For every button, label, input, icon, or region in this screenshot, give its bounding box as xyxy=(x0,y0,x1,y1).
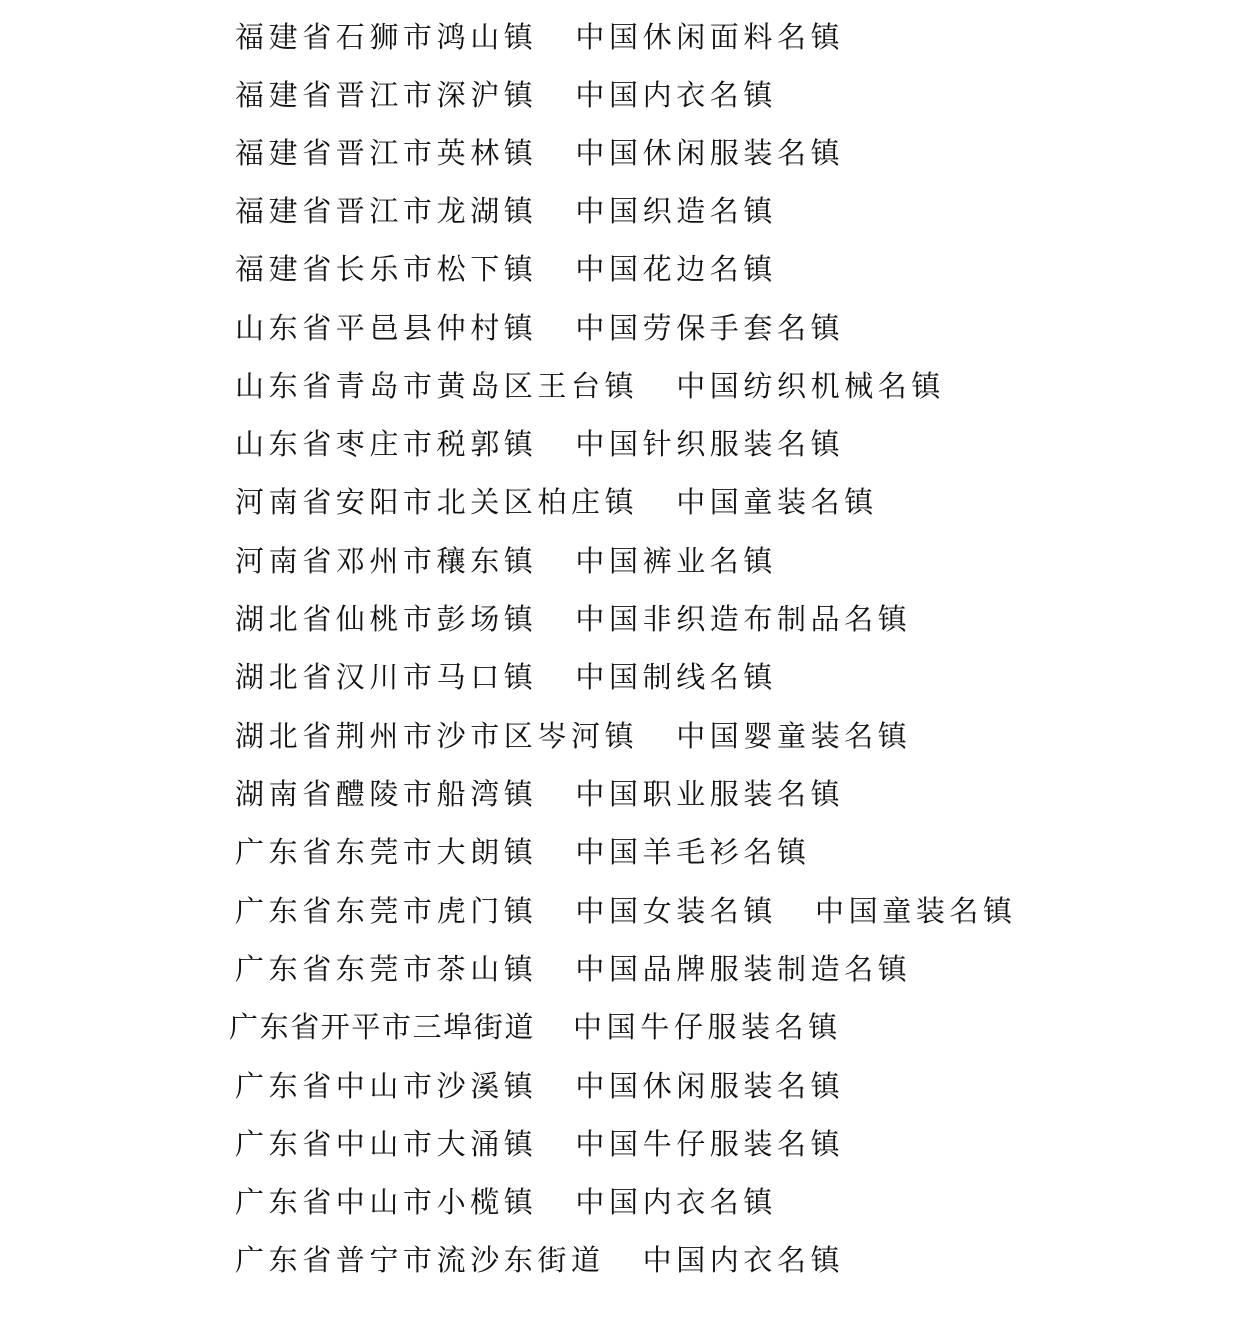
list-item: 福建省晋江市龙湖镇中国织造名镇 xyxy=(235,191,777,231)
town-title: 中国织造名镇 xyxy=(575,191,777,231)
town-title: 中国内衣名镇 xyxy=(575,1182,777,1222)
town-title: 中国纺织机械名镇 xyxy=(676,366,945,406)
town-title: 中国制线名镇 xyxy=(575,657,777,697)
town-location: 广东省开平市三埠街道 xyxy=(229,1007,535,1047)
town-title: 中国劳保手套名镇 xyxy=(575,308,844,348)
town-title: 中国针织服装名镇 xyxy=(575,424,844,464)
town-location: 福建省晋江市英林镇 xyxy=(235,133,537,173)
town-location: 福建省晋江市龙湖镇 xyxy=(235,191,537,231)
town-location: 广东省东莞市虎门镇 xyxy=(235,891,537,931)
town-title: 中国非织造布制品名镇 xyxy=(575,599,911,639)
town-title: 中国裤业名镇 xyxy=(575,541,777,581)
list-item: 广东省中山市小榄镇中国内衣名镇 xyxy=(235,1182,777,1222)
town-title: 中国羊毛衫名镇 xyxy=(575,832,810,872)
town-title: 中国童装名镇 xyxy=(676,482,878,522)
town-location: 福建省石狮市鸿山镇 xyxy=(235,17,537,57)
town-location: 山东省枣庄市税郭镇 xyxy=(235,424,537,464)
list-item: 福建省石狮市鸿山镇中国休闲面料名镇 xyxy=(235,17,844,57)
list-item: 广东省东莞市茶山镇中国品牌服装制造名镇 xyxy=(235,949,911,989)
list-item: 河南省安阳市北关区柏庄镇中国童装名镇 xyxy=(235,482,878,522)
list-item: 湖北省荆州市沙市区岑河镇中国婴童装名镇 xyxy=(235,716,911,756)
town-title: 中国品牌服装制造名镇 xyxy=(575,949,911,989)
town-location: 福建省长乐市松下镇 xyxy=(235,249,537,289)
town-title: 中国休闲服装名镇 xyxy=(575,1066,844,1106)
town-location: 广东省中山市小榄镇 xyxy=(235,1182,537,1222)
town-title: 中国休闲面料名镇 xyxy=(575,17,844,57)
list-item: 广东省东莞市大朗镇中国羊毛衫名镇 xyxy=(235,832,811,872)
list-item: 福建省晋江市深沪镇中国内衣名镇 xyxy=(235,75,777,115)
town-title: 中国休闲服装名镇 xyxy=(575,133,844,173)
list-item: 福建省长乐市松下镇中国花边名镇 xyxy=(235,249,777,289)
list-item: 广东省开平市三埠街道中国牛仔服装名镇 xyxy=(229,1007,842,1047)
town-location: 广东省中山市沙溪镇 xyxy=(235,1066,537,1106)
town-title: 中国内衣名镇 xyxy=(575,75,777,115)
town-title: 中国童装名镇 xyxy=(815,891,1017,931)
town-location: 山东省青岛市黄岛区王台镇 xyxy=(235,366,638,406)
town-location: 河南省安阳市北关区柏庄镇 xyxy=(235,482,638,522)
town-location: 广东省普宁市流沙东街道 xyxy=(235,1240,605,1280)
list-item: 山东省青岛市黄岛区王台镇中国纺织机械名镇 xyxy=(235,366,945,406)
list-item: 广东省中山市沙溪镇中国休闲服装名镇 xyxy=(235,1066,844,1106)
town-title: 中国花边名镇 xyxy=(575,249,777,289)
town-title: 中国婴童装名镇 xyxy=(676,716,911,756)
town-location: 广东省东莞市茶山镇 xyxy=(235,949,537,989)
town-location: 湖北省仙桃市彭场镇 xyxy=(235,599,537,639)
town-title: 中国牛仔服装名镇 xyxy=(575,1124,844,1164)
town-location: 广东省中山市大涌镇 xyxy=(235,1124,537,1164)
list-item: 广东省中山市大涌镇中国牛仔服装名镇 xyxy=(235,1124,844,1164)
town-title: 中国职业服装名镇 xyxy=(575,774,844,814)
list-item: 湖北省仙桃市彭场镇中国非织造布制品名镇 xyxy=(235,599,911,639)
town-title: 中国内衣名镇 xyxy=(643,1240,845,1280)
list-item: 湖北省汉川市马口镇中国制线名镇 xyxy=(235,657,777,697)
town-location: 广东省东莞市大朗镇 xyxy=(235,832,537,872)
town-location: 河南省邓州市穰东镇 xyxy=(235,541,537,581)
list-item: 河南省邓州市穰东镇中国裤业名镇 xyxy=(235,541,777,581)
town-title: 中国牛仔服装名镇 xyxy=(573,1007,842,1047)
town-location: 福建省晋江市深沪镇 xyxy=(235,75,537,115)
list-item: 广东省普宁市流沙东街道中国内衣名镇 xyxy=(235,1240,844,1280)
list-item: 广东省东莞市虎门镇中国女装名镇中国童装名镇 xyxy=(235,891,1017,931)
list-item: 福建省晋江市英林镇中国休闲服装名镇 xyxy=(235,133,844,173)
list-item: 山东省枣庄市税郭镇中国针织服装名镇 xyxy=(235,424,844,464)
list-item: 山东省平邑县仲村镇中国劳保手套名镇 xyxy=(235,308,844,348)
town-location: 山东省平邑县仲村镇 xyxy=(235,308,537,348)
list-item: 湖南省醴陵市船湾镇中国职业服装名镇 xyxy=(235,774,844,814)
town-location: 湖北省荆州市沙市区岑河镇 xyxy=(235,716,638,756)
town-location: 湖北省汉川市马口镇 xyxy=(235,657,537,697)
town-title: 中国女装名镇 xyxy=(575,891,777,931)
town-location: 湖南省醴陵市船湾镇 xyxy=(235,774,537,814)
